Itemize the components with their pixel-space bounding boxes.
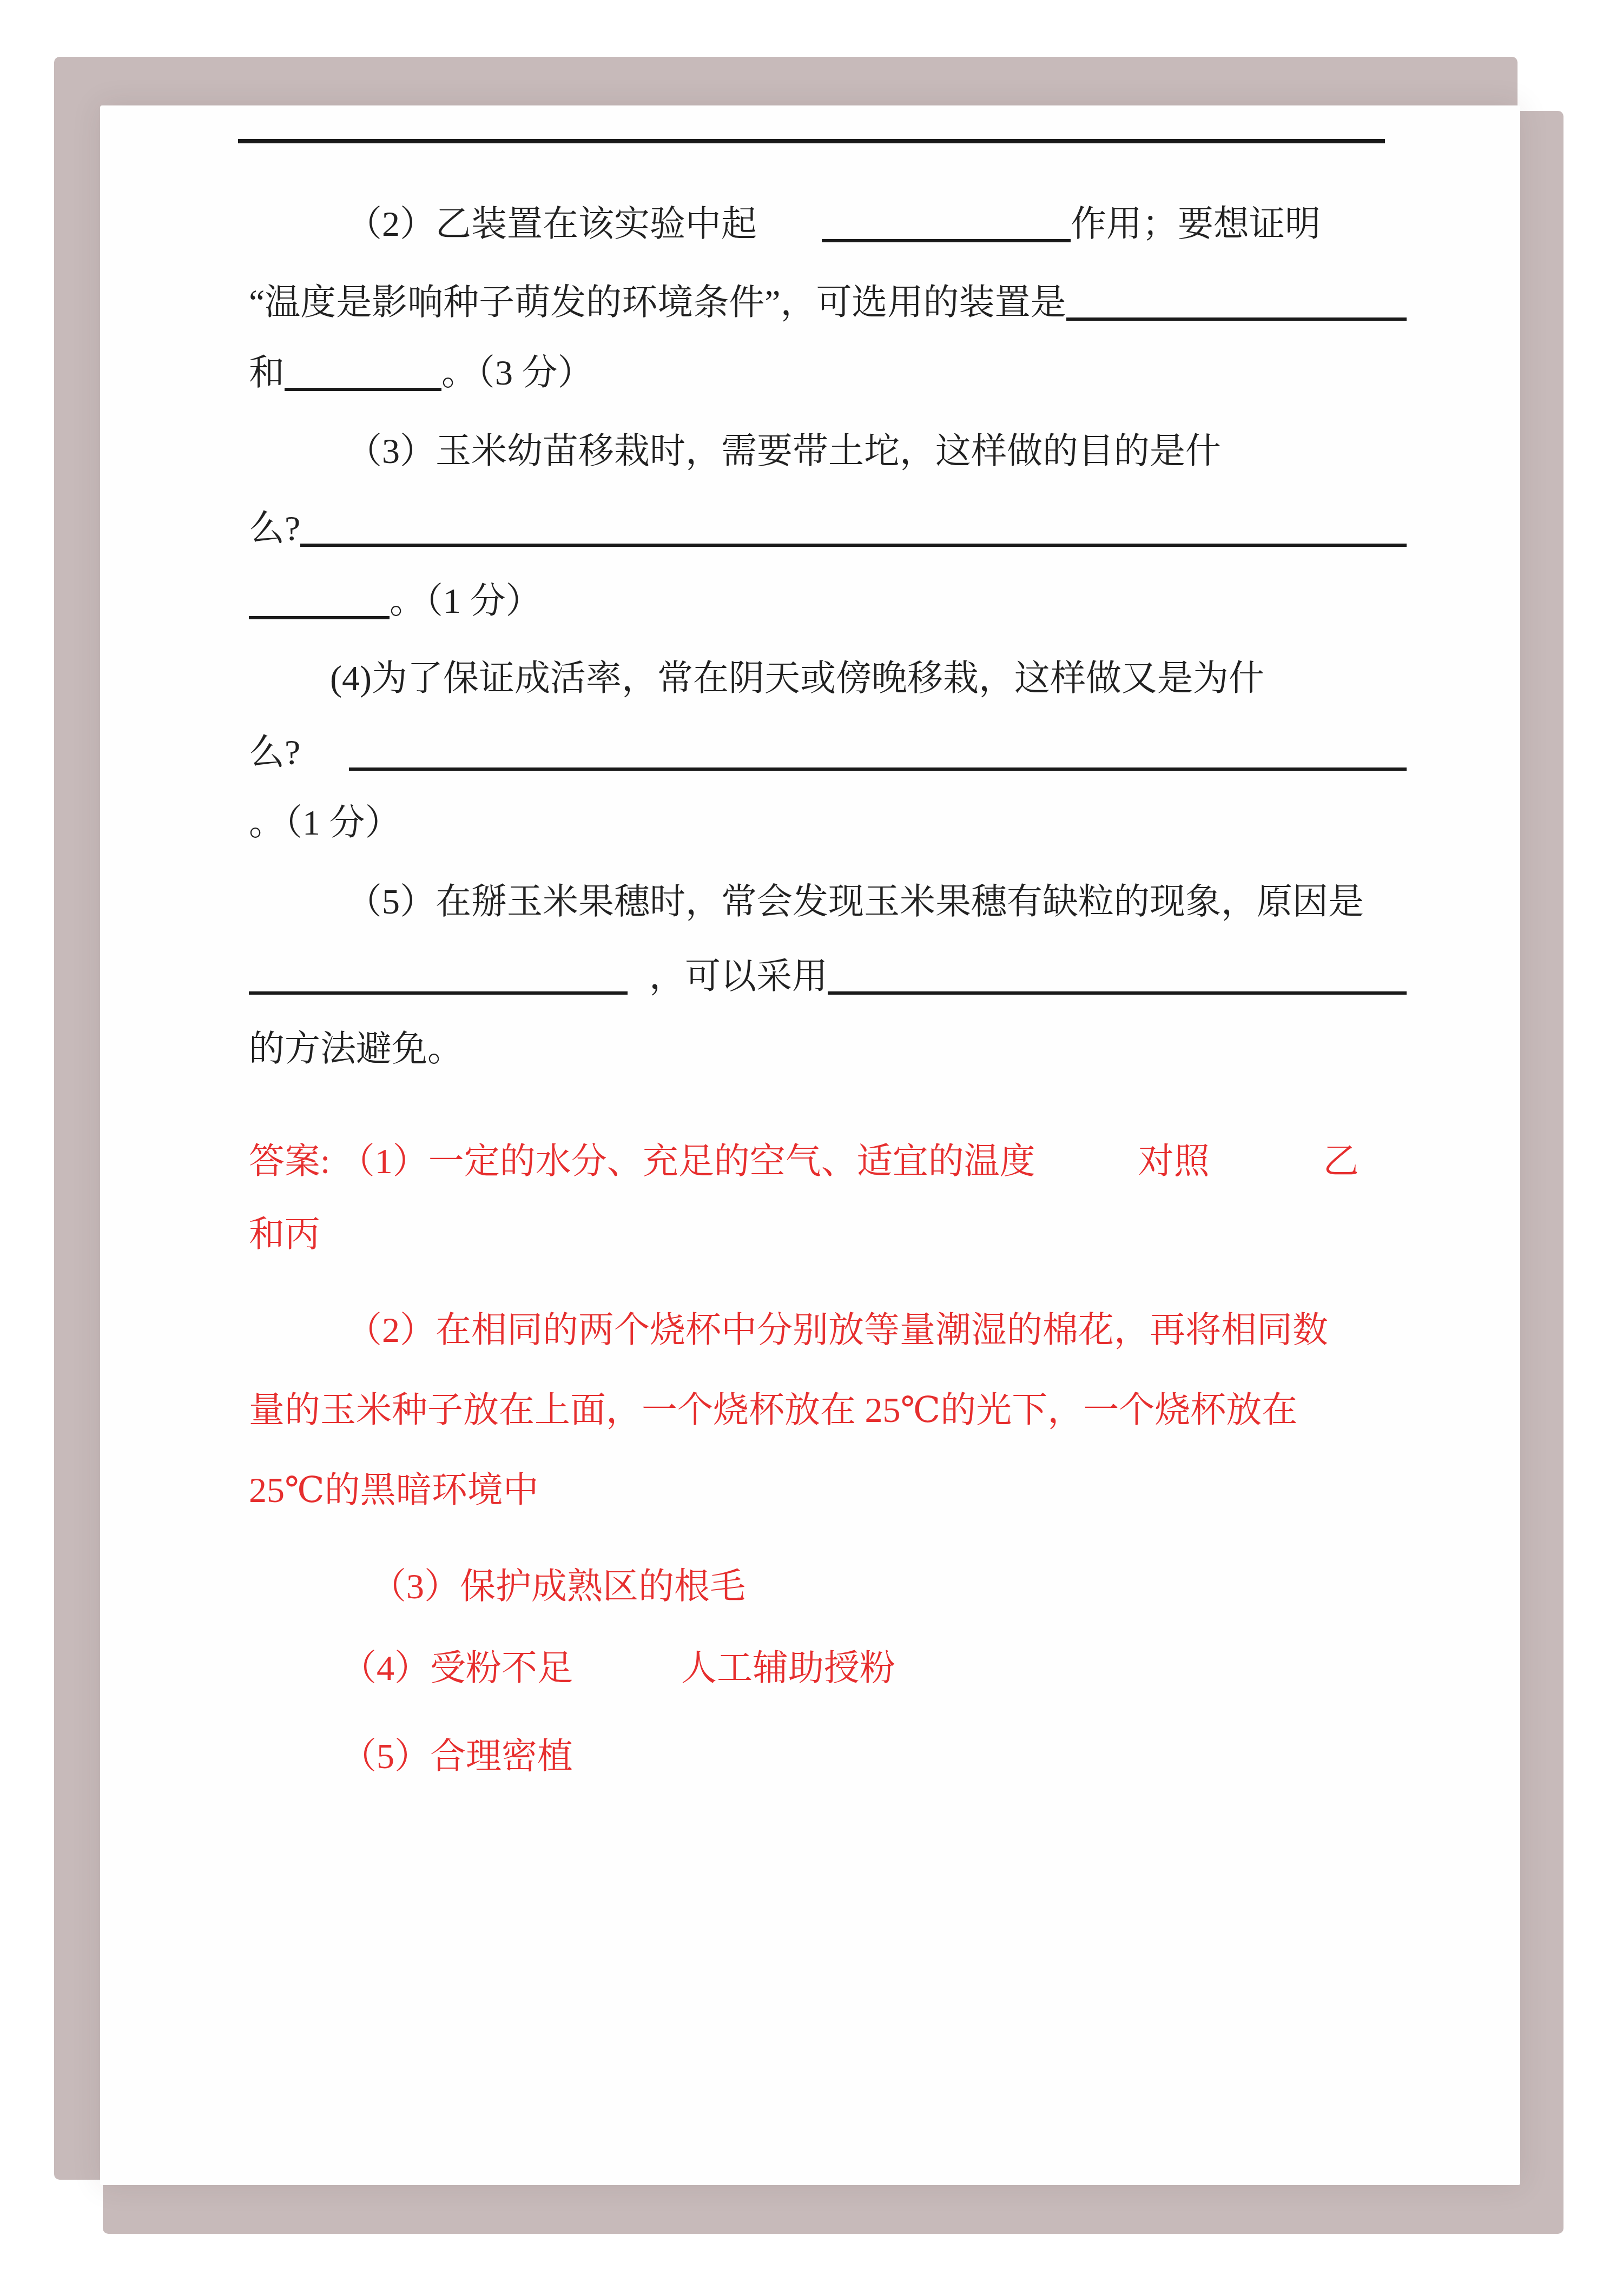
text-segment: 量的玉米种子放在上面，一个烧杯放在 25℃的光下，一个烧杯放在 [249, 1393, 1297, 1428]
text-segment: （2）在相同的两个烧杯中分别放等量潮湿的棉花，再将相同数 [346, 1313, 1328, 1348]
question-2-line-3: 和。（3 分） [249, 355, 1407, 391]
answer-blank [249, 608, 390, 619]
text-segment: 的方法避免。 [249, 1031, 463, 1067]
text-segment: (4)为了保证成活率，常在阴天或傍晚移栽，这样做又是为什 [330, 661, 1264, 697]
text-segment: 答案: （1）一定的水分、充足的空气、适宜的温度 [249, 1144, 1035, 1180]
spacer [1035, 1179, 1138, 1180]
text-segment: （3）玉米幼苗移栽时，需要带土坨，这样做的目的是什 [346, 434, 1221, 469]
question-4-line-1: (4)为了保证成活率，常在阴天或傍晚移栽，这样做又是为什 [249, 661, 1488, 697]
text-segment: 25℃的黑暗环境中 [249, 1473, 539, 1508]
answer-4-line-1: （4）受粉不足人工辅助授粉 [249, 1651, 1499, 1686]
question-5-line-2: ，可以采用 [249, 959, 1407, 995]
text-segment: （5）合理密植 [341, 1739, 573, 1775]
text-segment: ，可以采用 [649, 959, 828, 995]
question-3-line-2: 么? [249, 511, 1407, 547]
spacer [300, 770, 349, 771]
answer-2-line-2: 量的玉米种子放在上面，一个烧杯放在 25℃的光下，一个烧杯放在 [249, 1393, 1407, 1428]
answer-blank [822, 231, 1071, 242]
text-segment: （4）受粉不足 [341, 1651, 573, 1686]
text-segment: 人工辅助授粉 [681, 1651, 895, 1686]
screenshot-root: { "page": { "background_color": "#ffffff… [0, 0, 1623, 2296]
text-segment: （2）乙装置在该实验中起 [346, 207, 757, 242]
text-segment: 。（1 分） [249, 805, 401, 841]
answer-blank [828, 984, 1407, 995]
answer-3-line-1: （3）保护成熟区的根毛 [249, 1569, 1528, 1605]
text-segment: 和 [249, 355, 285, 391]
answer-1-line-2: 和丙 [249, 1217, 1407, 1253]
text-segment: 么? [249, 735, 300, 771]
text-segment: 么? [249, 511, 300, 547]
text-segment: （5）在掰玉米果穗时，常会发现玉米果穗有缺粒的现象，原因是 [346, 884, 1364, 920]
text-segment: 作用；要想证明 [1071, 207, 1321, 242]
text-segment: “温度是影响种子萌发的环境条件”，可选用的装置是 [249, 285, 1066, 321]
answer-blank [1066, 310, 1407, 321]
question-3-line-1: （3）玉米幼苗移栽时，需要带土坨，这样做的目的是什 [249, 434, 1504, 469]
question-2-line-1: （2）乙装置在该实验中起作用；要想证明 [249, 207, 1504, 242]
text-segment: 。（3 分） [441, 355, 593, 391]
answer-blank [249, 984, 628, 995]
text-segment: 和丙 [249, 1217, 320, 1253]
answer-2-line-1: （2）在相同的两个烧杯中分别放等量潮湿的棉花，再将相同数 [249, 1313, 1504, 1348]
question-4-line-3: 。（1 分） [249, 805, 1407, 841]
question-3-line-3: 。（1 分） [249, 584, 1407, 619]
question-5-line-3: 的方法避免。 [249, 1031, 1407, 1067]
answer-blank [300, 536, 1407, 547]
page-content: （2）乙装置在该实验中起作用；要想证明“温度是影响种子萌发的环境条件”，可选用的… [249, 105, 1407, 2185]
text-segment: （3）保护成熟区的根毛 [371, 1569, 745, 1605]
spacer [573, 1686, 681, 1686]
answer-1-line-1: 答案: （1）一定的水分、充足的空气、适宜的温度对照乙 [249, 1144, 1407, 1180]
worksheet-page: （2）乙装置在该实验中起作用；要想证明“温度是影响种子萌发的环境条件”，可选用的… [100, 105, 1520, 2185]
question-4-line-2: 么? [249, 735, 1407, 771]
spacer [757, 242, 822, 242]
spacer [1210, 1179, 1323, 1180]
answer-blank [285, 380, 441, 391]
answer-blank [349, 760, 1407, 771]
text-segment: 乙 [1323, 1144, 1359, 1180]
question-5-line-1: （5）在掰玉米果穗时，常会发现玉米果穗有缺粒的现象，原因是 [249, 884, 1504, 920]
spacer [628, 994, 649, 995]
text-segment: 对照 [1138, 1144, 1210, 1180]
question-2-line-2: “温度是影响种子萌发的环境条件”，可选用的装置是 [249, 285, 1407, 321]
answer-5-line-1: （5）合理密植 [249, 1739, 1499, 1775]
answer-2-line-3: 25℃的黑暗环境中 [249, 1473, 1407, 1508]
text-segment: 。（1 分） [390, 584, 542, 619]
